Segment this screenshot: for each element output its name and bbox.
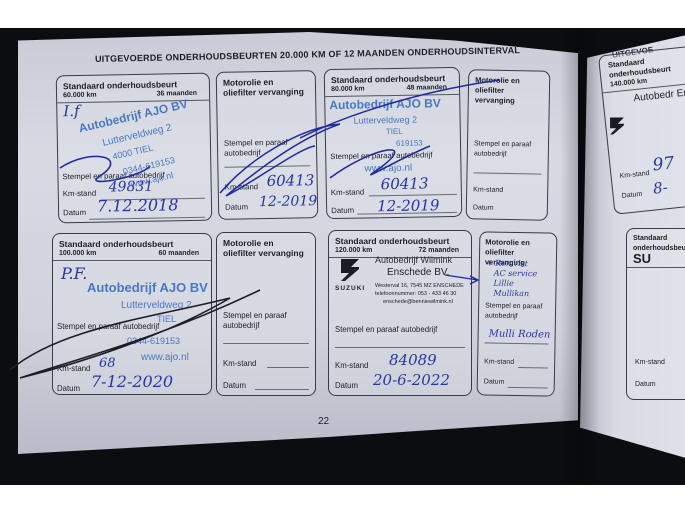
oil-change-box-1: Motorolie en oliefilter vervanging Stemp… [216, 70, 319, 220]
datum-label: Datum [473, 204, 494, 211]
note-line-1: + Remvlst [486, 258, 528, 268]
oil-title-2: oliefilter vervanging [475, 85, 543, 106]
datum-value: 20-6-2022 [373, 371, 450, 389]
months-checkbox-label: 36 maanden [157, 90, 198, 98]
stamp-sign-label-2: autobedrijf [224, 148, 261, 158]
service-box-100000: Standaard onderhoudsbeurt 100.000 km60 m… [52, 233, 212, 395]
page-number: 22 [318, 416, 329, 427]
stamp-street: Lutterveldweg 2 [354, 115, 418, 126]
datum-label: Datum [484, 378, 505, 385]
stamp-sign-label: Stempel en paraaf autobedrijf [335, 325, 437, 334]
datum-label: Datum [63, 208, 86, 217]
oil-change-box-4: Motorolie en oliefilter vervanging + Rem… [477, 231, 558, 396]
handwritten-initials: I.f [63, 102, 80, 120]
stamp-sign-label: Stempel en paraaf autobedrijf [57, 322, 159, 331]
stamp-phone: 0344-619153 [127, 336, 180, 346]
months-checkbox-label: 72 maanden [419, 247, 459, 254]
booklet-photo: UITGEVOERDE ONDERHOUDSBEURTEN 20.000 KM … [0, 28, 685, 485]
km-stand-label: Km-stand [63, 189, 97, 199]
oil-change-box-2: Motorolie en oliefilter vervanging Stemp… [466, 69, 551, 220]
service-box-80000: Standaard onderhoudsbeurt 80.000 km48 ma… [324, 67, 463, 219]
stamp-city: TIEL [157, 314, 176, 324]
km-stand-label: Km-stand [225, 182, 259, 192]
oil-title-1: Motorolie en [223, 238, 309, 248]
stamp-email: enschede@benniewilmink.nl [383, 299, 453, 305]
oil-change-box-3: Motorolie en oliefilter vervanging Stemp… [216, 232, 316, 396]
stamp-sign-label-2: autobedrijf [223, 321, 259, 330]
datum-label: Datum [335, 381, 358, 390]
stamp-phone: 619153 [396, 138, 423, 147]
oil-title-2: oliefilter vervanging [223, 86, 309, 97]
service-box-60000: Standaard onderhoudsbeurt 60.000 km36 ma… [56, 73, 213, 224]
stamp-phone: telefoonnummer: 053 - 433 46 30 [375, 291, 456, 297]
right-service-box-lower: Standaard onderhoudsbeurt SU Km-stand Da… [626, 228, 685, 400]
datum-label: Datum [331, 206, 354, 215]
stamp-sign-label: Stempel en paraaf [485, 302, 542, 310]
km-stand-value: 84089 [389, 351, 437, 369]
suzuki-brand: SUZUKI [335, 285, 365, 292]
km-stand-label: Km-stand [335, 361, 368, 370]
km-stand-value: 60413 [266, 171, 314, 190]
stamp-web: www.ajo.nl [364, 163, 412, 175]
km-stand-label: Km-stand [473, 186, 503, 194]
km-checkbox-label: 80.000 km [331, 85, 365, 93]
months-checkbox-label: 60 maanden [159, 250, 199, 257]
oil-title-2: oliefilter vervanging [223, 248, 309, 258]
km-stand-value: 68 [99, 356, 116, 371]
datum-value: 7.12.2018 [97, 195, 179, 215]
km-stand-value: 97 [652, 153, 676, 175]
suzuki-logo-icon [607, 116, 627, 136]
stamp-name: Autobedrijf Wilmink [375, 255, 452, 265]
km-stand-label: Km-stand [635, 359, 665, 366]
signature: Mulli Roden [489, 329, 551, 341]
datum-label: Datum [621, 191, 642, 200]
months-checkbox-label: 48 maanden [407, 84, 448, 92]
datum-value: 8- [652, 178, 668, 197]
km-stand-label: Km-stand [619, 170, 650, 180]
stamp-street: Lutterveldweg 2 [121, 300, 192, 311]
km-stand-label: Km-stand [331, 188, 365, 198]
datum-value: 7-12-2020 [91, 372, 173, 391]
stamp-sign-label: Stempel en paraaf autobedrijf [330, 150, 432, 161]
stamp-sign-label-2: autobedrijf [474, 150, 507, 158]
km-checkbox-label: 60.000 km [63, 92, 97, 100]
service-box-120000: Standaard onderhoudsbeurt 120.000 km72 m… [328, 230, 472, 396]
km-stand-value: 60413 [381, 174, 429, 193]
km-checkbox-label: 100.000 km [59, 250, 96, 257]
service-title: Standaard onderhoudsbeurt [59, 239, 205, 249]
km-stand-label: Km-stand [484, 358, 514, 366]
stamp-city: TIEL [386, 127, 403, 136]
stamp-web: www.ajo.nl [141, 352, 189, 363]
stamp-sign-label: Stempel en paraaf [224, 138, 288, 148]
note-line-4: Mullikan [493, 289, 529, 299]
booklet-spine [560, 28, 600, 485]
datum-label: Datum [223, 381, 246, 390]
stamp-name: Autobedrijf AJO BV [87, 280, 208, 295]
datum-value: 12-2019 [377, 196, 440, 215]
km-checkbox-label: 120.000 km [335, 247, 372, 254]
stamp-name-2: Enschede BV. [387, 267, 449, 278]
stamp-address: Westerval 16, 7545 MZ ENSCHEDE [375, 283, 464, 289]
datum-label: Datum [57, 384, 80, 393]
suzuki-logo-icon [337, 257, 363, 283]
km-stand-label: Km-stand [57, 364, 90, 373]
note-line-3: Lillie [493, 279, 513, 288]
stamp-sign-label: Stempel en paraaf [474, 140, 531, 148]
km-stand-label: Km-stand [223, 359, 256, 368]
service-title: Standaard onderhoudsbeurt [335, 236, 465, 246]
stamp-sign-label-2: autobedrijf [485, 312, 518, 320]
datum-label: Datum [635, 381, 656, 388]
stamp-sign-label: Stempel en paraaf [223, 311, 287, 320]
stamp-name: Autobedrijf AJO BV [329, 96, 441, 112]
km-stand-value: 49831 [109, 179, 154, 196]
brand-partial: SU [633, 254, 685, 264]
note-line-2: AC service [494, 269, 538, 279]
handwritten-initials: P.F. [61, 264, 87, 283]
datum-value: 12-2019 [259, 193, 317, 210]
datum-label: Datum [225, 202, 248, 211]
